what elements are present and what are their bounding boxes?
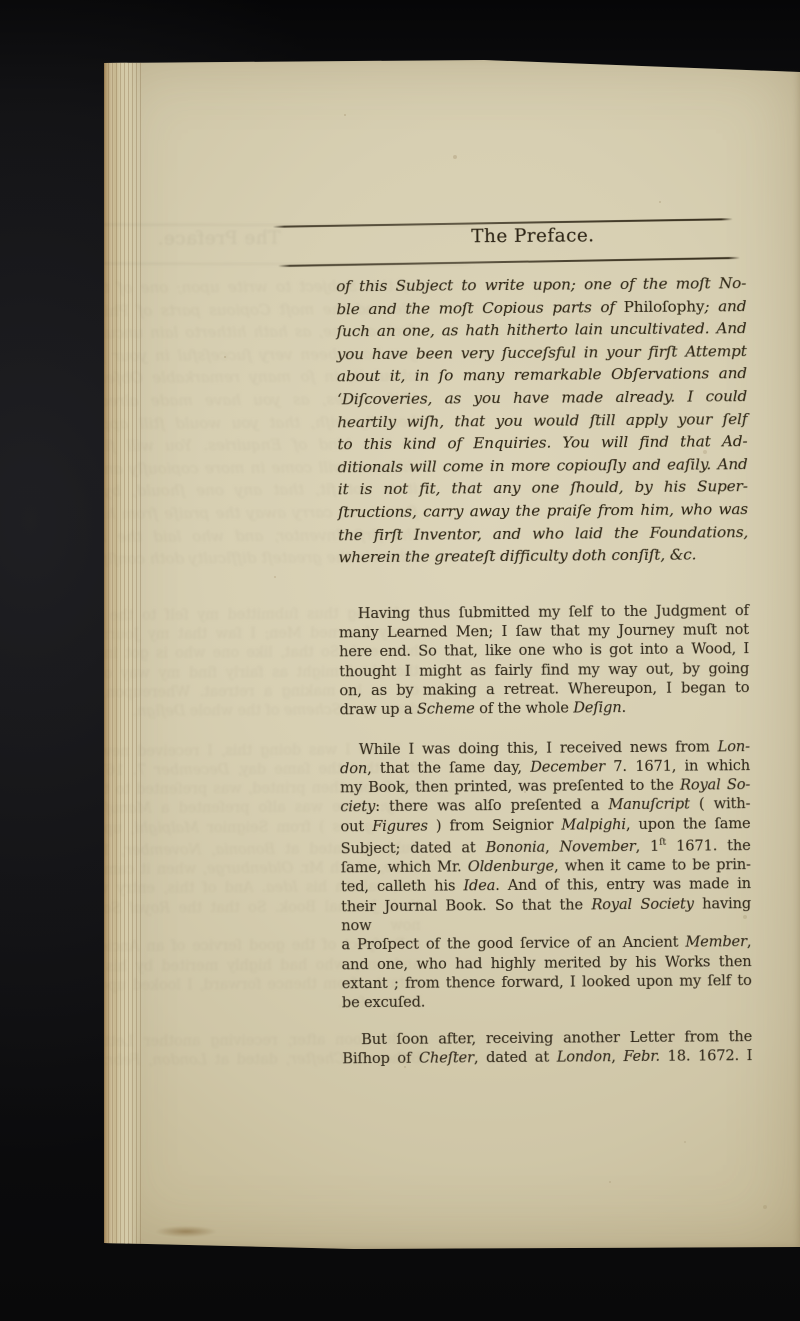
page-title: The Preface. [328, 222, 738, 251]
text-line: heartily wiſh, that you would ſtill appl… [337, 408, 747, 434]
foxing-specks [104, 56, 106, 58]
text-line: be excuſed. [342, 990, 752, 1013]
text-line: ‘Diſcoveries, as you have made already. … [337, 385, 747, 411]
paragraph: While I was doing this, I received news … [340, 737, 752, 1013]
text-line: a Proſpect of the good ſervice of an Anc… [341, 932, 751, 955]
text-line: of this Subject to write upon; one of th… [336, 272, 746, 298]
preface-paragraphs: of this Subject to write upon; one of th… [336, 272, 752, 1068]
heading-rule-bottom [278, 257, 740, 267]
text-line: the firſt Inventor, and who laid the Fou… [338, 521, 748, 547]
text-line: ble and the moſt Copious parts of Philoſ… [336, 295, 746, 321]
text-line: their Journal Book. So that the Royal So… [341, 894, 751, 936]
text-line: ſuch an one, as hath hitherto lain uncul… [337, 317, 747, 343]
text-line: Subject; dated at Bononia, November, 1ſt… [341, 833, 751, 858]
paragraph: Having thus ſubmitted my ſelf to the Jud… [339, 601, 750, 720]
paragraph: of this Subject to write upon; one of th… [336, 272, 748, 569]
text-line: extant ; from thence forward, I looked u… [342, 971, 752, 994]
paragraph: But ſoon after, receiving another Letter… [342, 1027, 752, 1069]
text-line: ſtructions, carry away the praiſe from h… [338, 498, 748, 524]
text-line: you have been very ſucceſsful in your fi… [337, 340, 747, 366]
text-line: here end. So that, like one who is got i… [339, 639, 749, 662]
bottom-edge-stain [156, 1226, 216, 1237]
printed-content: The Preface. of this Subject to write up… [334, 53, 753, 1156]
text-line: wherein the greateſt difficulty doth con… [338, 543, 748, 569]
page-edge-stack [104, 56, 142, 1249]
catchword: found [334, 53, 744, 76]
text-line: about it, in ſo many remarkable Obſervat… [337, 362, 747, 388]
text-line: it is not fit, that any one ſhould, by h… [338, 475, 748, 501]
text-line: draw up a Scheme of the whole Deſign. [339, 697, 749, 720]
book-page: The Preface. of this Subject to write up… [104, 56, 800, 1249]
text-line: Biſhop of Cheſter, dated at London, Febr… [342, 1046, 752, 1069]
text-line: on, as by making a retreat. Whereupon, I… [339, 678, 749, 701]
scan-background: The Preface. of this Subject to write up… [0, 0, 800, 1321]
text-line: to this kind of Enquiries. You will find… [337, 430, 747, 456]
text-line: ditionals will come in more copiouſly an… [338, 453, 748, 479]
